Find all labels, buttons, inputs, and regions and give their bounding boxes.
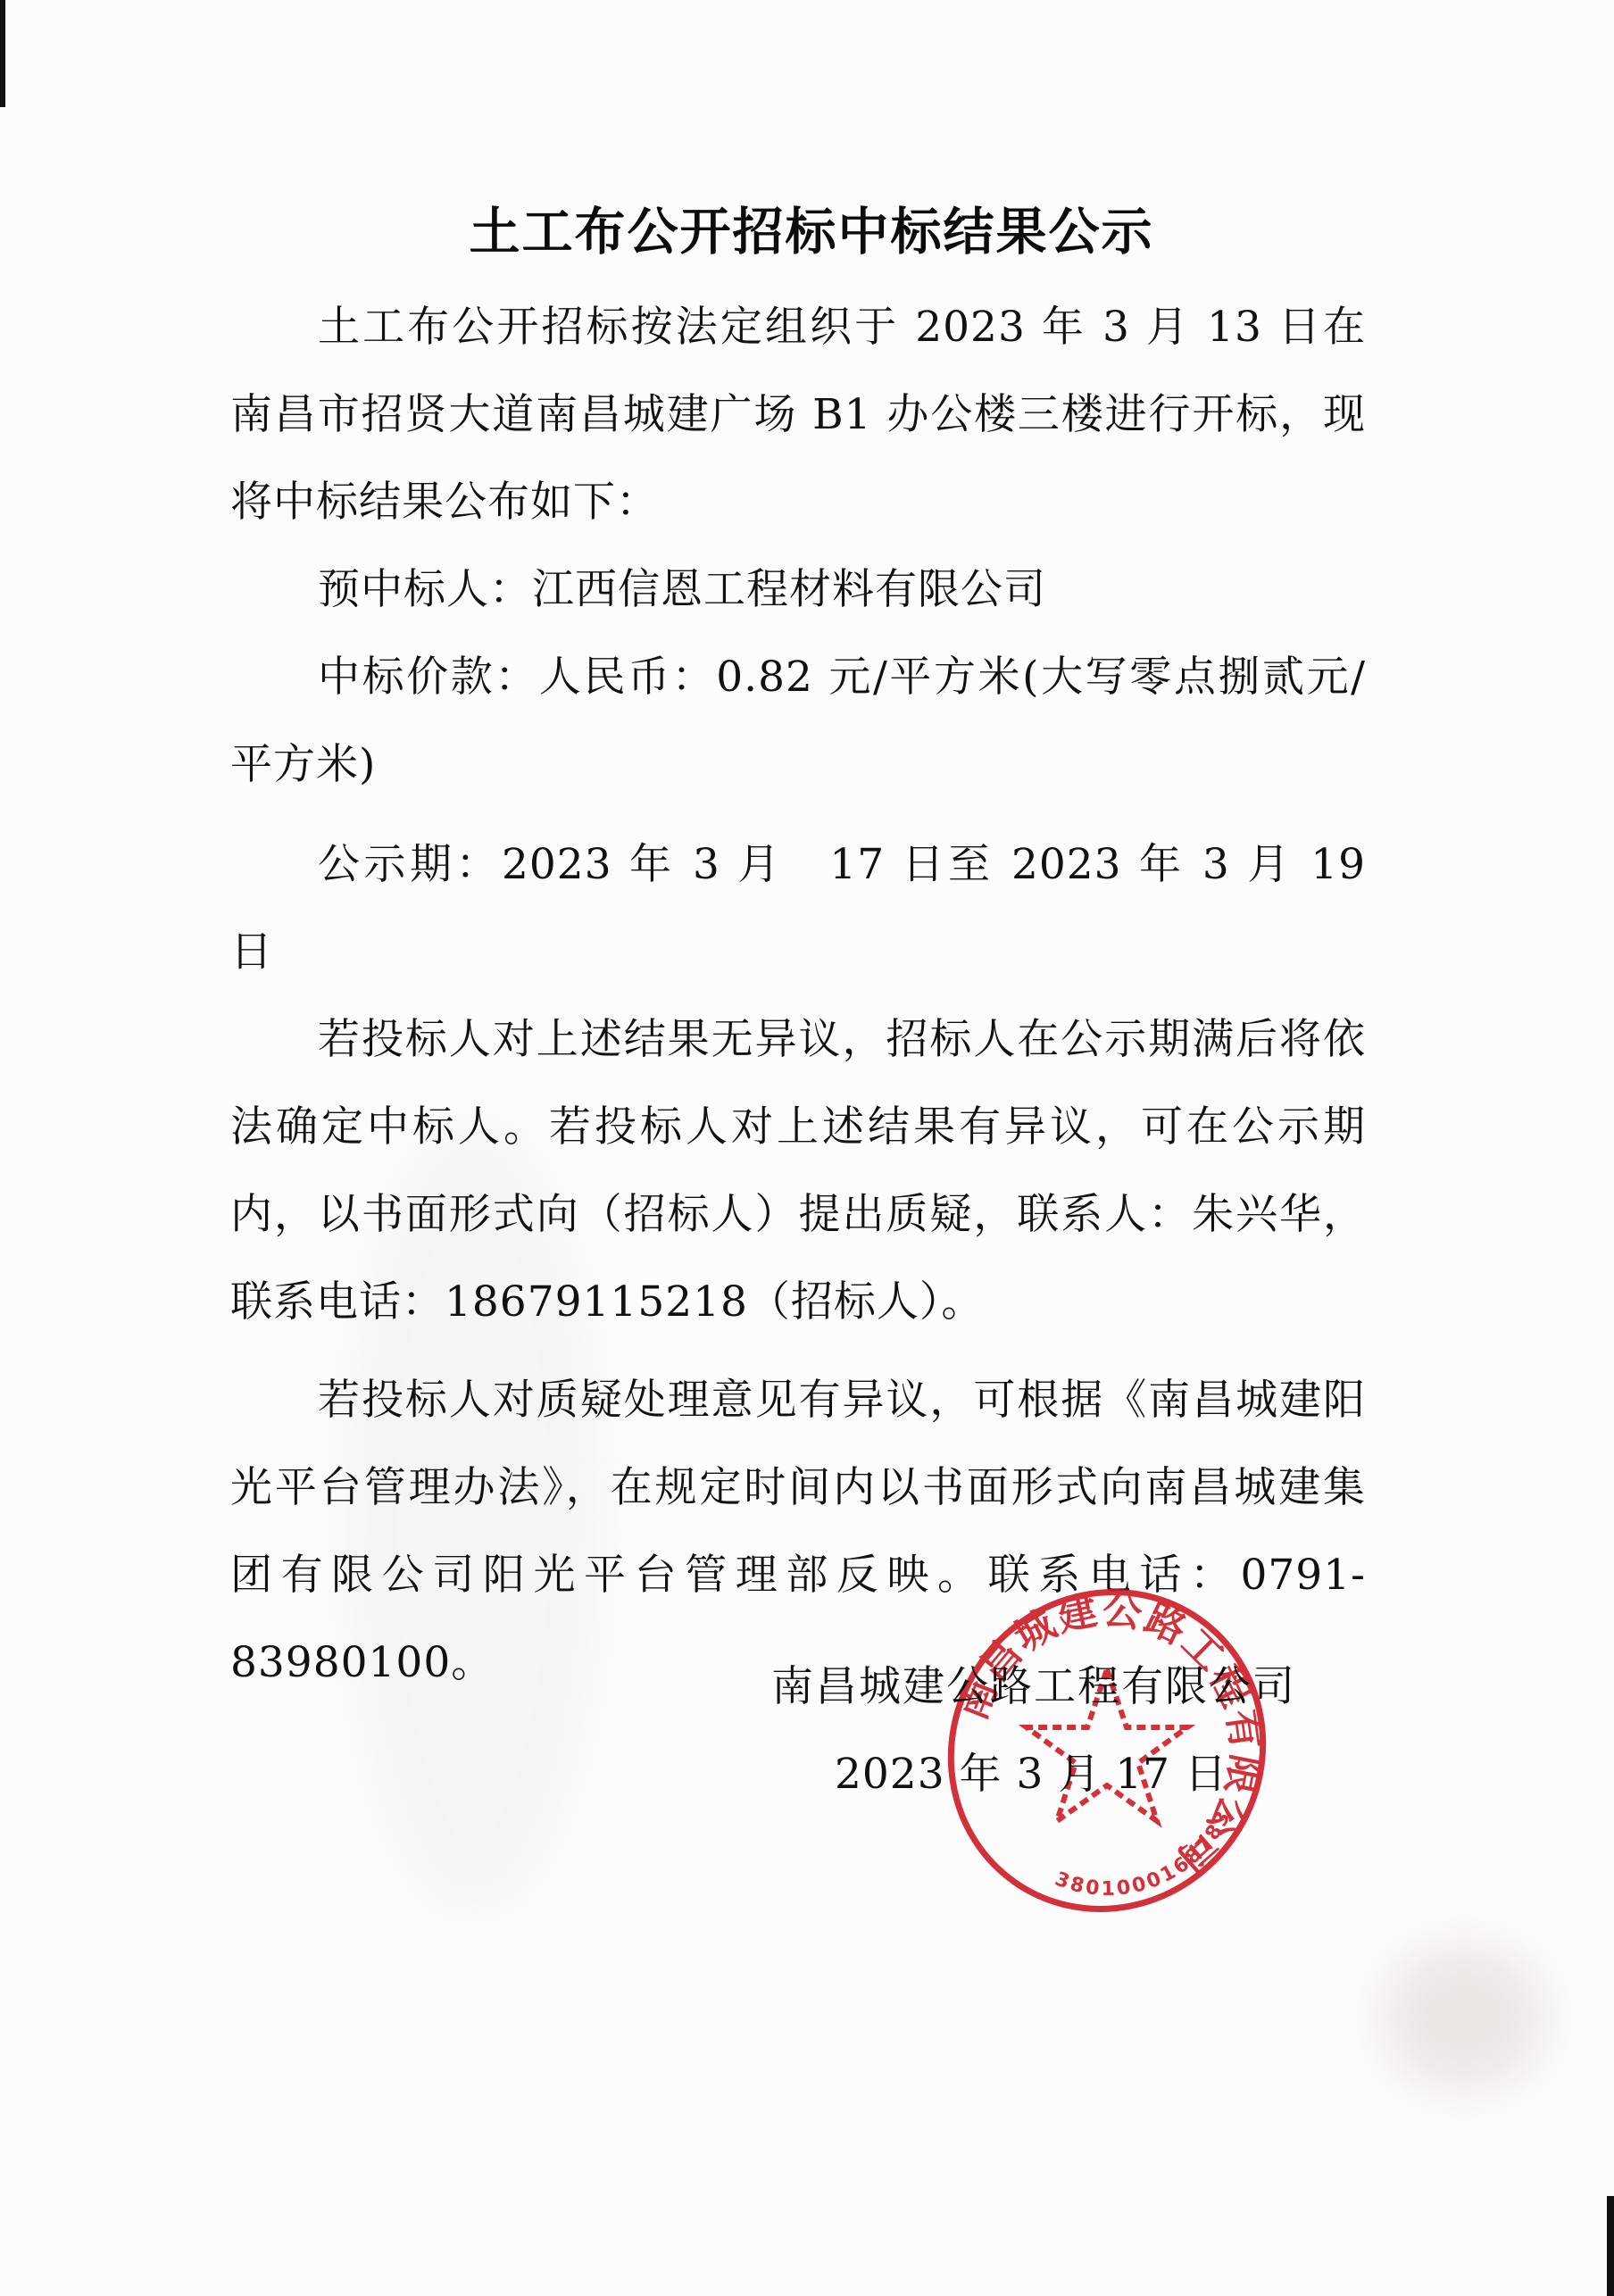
paragraph-winner: 预中标人：江西信恩工程材料有限公司 <box>230 546 1366 634</box>
paragraph-objection: 若投标人对上述结果无异议，招标人在公示期满后将依法确定中标人。若投标人对上述结果… <box>230 996 1366 1346</box>
paragraph-period: 公示期：2023 年 3 月 17 日至 2023 年 3 月 19 日 <box>230 821 1366 996</box>
signature-company: 南昌城建公路工程有限公司 <box>771 1653 1296 1713</box>
paragraph-price: 中标价款：人民币：0.82 元/平方米(大写零点捌贰元/平方米) <box>230 634 1366 809</box>
price-label: 中标价款： <box>318 653 539 702</box>
document-body: 土工布公开招标按法定组织于 2023 年 3 月 13 日在南昌市招贤大道南昌城… <box>230 284 1366 1707</box>
winner-value: 江西信恩工程材料有限公司 <box>532 565 1046 614</box>
paper-smudge <box>1384 1946 1544 2089</box>
page-edge-shadow <box>0 0 5 107</box>
document-title: 土工布公开招标中标结果公示 <box>0 191 1614 264</box>
signature-date: 2023 年 3 月 17 日 <box>835 1741 1227 1801</box>
paragraph-opening: 土工布公开招标按法定组织于 2023 年 3 月 13 日在南昌市招贤大道南昌城… <box>230 284 1366 546</box>
winner-label: 预中标人： <box>318 565 532 614</box>
period-label: 公示期： <box>318 840 502 889</box>
page-edge-shadow <box>1607 2196 1614 2296</box>
